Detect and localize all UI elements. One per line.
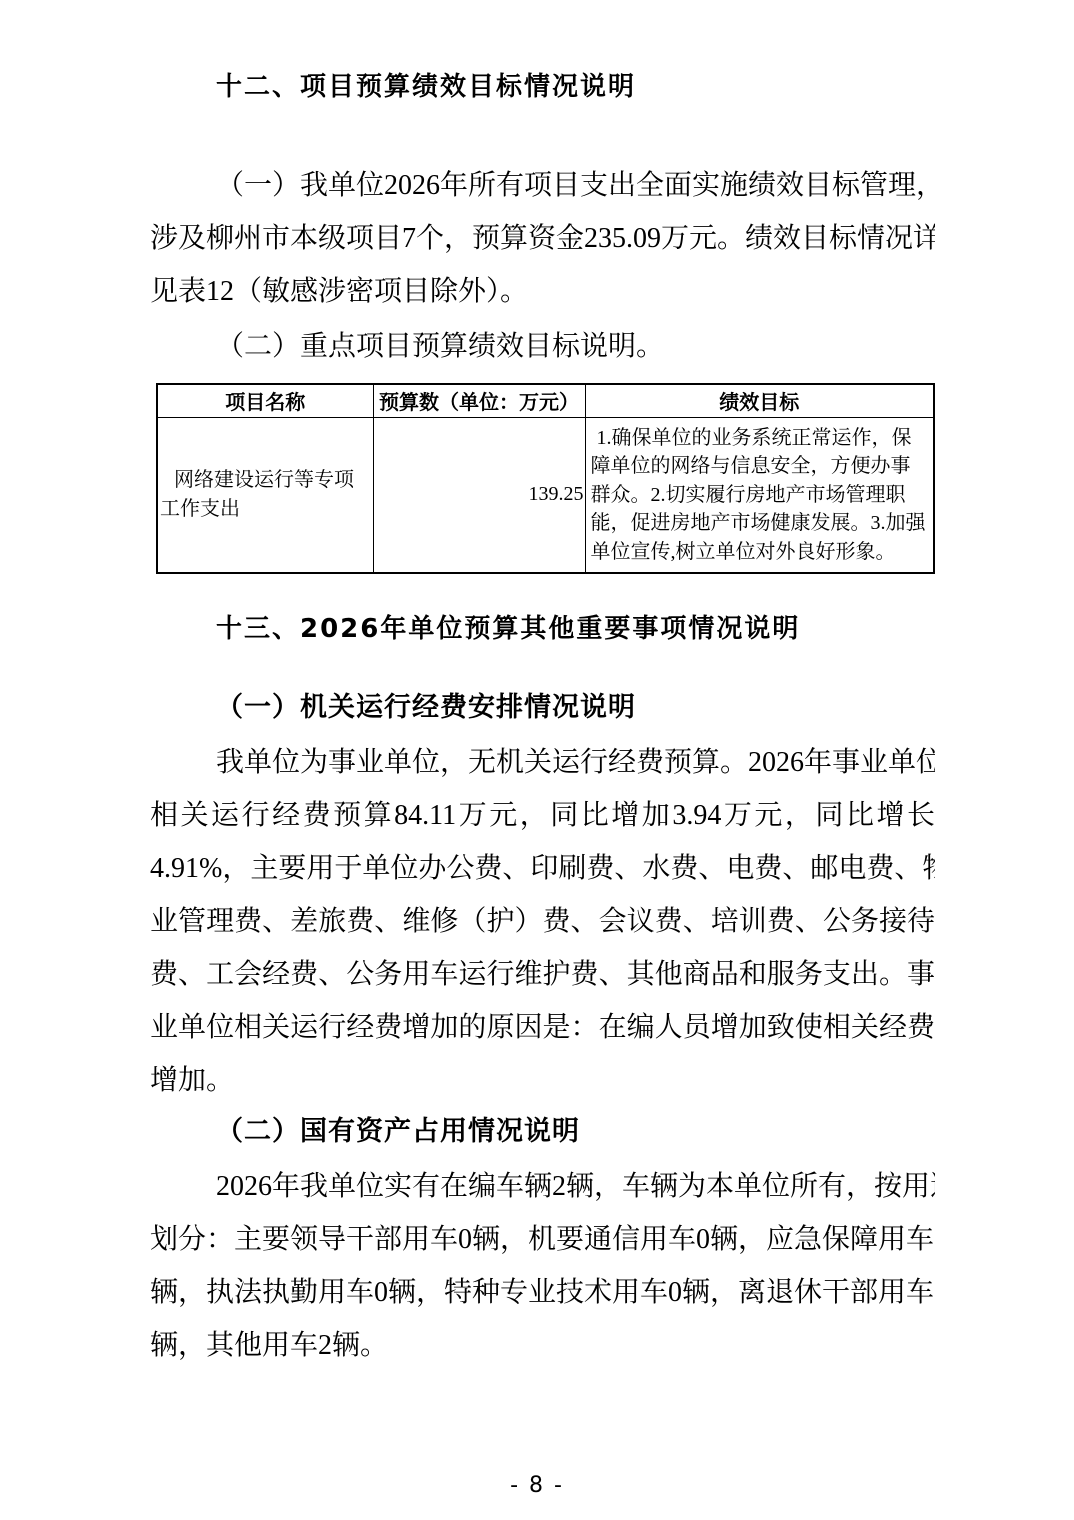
- section-12-paragraph-1: （一）我单位2026年所有项目支出全面实施绩效目标管理， 涉及柳州市本级项目7个…: [150, 159, 935, 318]
- page-number: - 8 -: [0, 1473, 1074, 1498]
- paragraph-line: 涉及柳州市本级项目7个，预算资金235.09万元。绩效目标情况详: [150, 212, 935, 265]
- paragraph-line: 划分：主要领导干部用车0辆，机要通信用车0辆，应急保障用车0: [150, 1213, 935, 1266]
- page-content: 十二、项目预算绩效目标情况说明 （一）我单位2026年所有项目支出全面实施绩效目…: [150, 66, 935, 1372]
- section-13-paragraph-1: 我单位为事业单位，无机关运行经费预算。2026年事业单位 相关运行经费预算84.…: [150, 736, 935, 1107]
- column-header-budget: 预算数（单位：万元）: [373, 384, 585, 417]
- column-header-project-name: 项目名称: [157, 384, 373, 417]
- paragraph-line: 我单位为事业单位，无机关运行经费预算。2026年事业单位: [150, 736, 935, 789]
- cell-budget: 139.25: [373, 417, 585, 573]
- section-12-paragraph-2: （二）重点项目预算绩效目标说明。: [150, 320, 935, 373]
- paragraph-line: 辆，其他用车2辆。: [150, 1319, 935, 1372]
- paragraph-line: 4.91%，主要用于单位办公费、印刷费、水费、电费、邮电费、物: [150, 842, 935, 895]
- section-13-paragraph-2: 2026年我单位实有在编车辆2辆，车辆为本单位所有，按用途 划分：主要领导干部用…: [150, 1160, 935, 1372]
- paragraph-line: 2026年我单位实有在编车辆2辆，车辆为本单位所有，按用途: [150, 1160, 935, 1213]
- paragraph-line: 业管理费、差旅费、维修（护）费、会议费、培训费、公务接待: [150, 895, 935, 948]
- cell-performance-target: 1.确保单位的业务系统正常运作，保障单位的网络与信息安全，方便办事群众。2.切实…: [585, 417, 934, 573]
- section-13-heading: 十三、2026年单位预算其他重要事项情况说明: [216, 608, 935, 645]
- column-header-performance-target: 绩效目标: [585, 384, 934, 417]
- section-12-heading: 十二、项目预算绩效目标情况说明: [216, 66, 935, 103]
- section-13-subheading-1: （一）机关运行经费安排情况说明: [216, 685, 935, 724]
- cell-project-name: 网络建设运行等专项工作支出: [157, 417, 373, 573]
- paragraph-line: 费、工会经费、公务用车运行维护费、其他商品和服务支出。事: [150, 948, 935, 1001]
- paragraph-line: 业单位相关运行经费增加的原因是：在编人员增加致使相关经费: [150, 1001, 935, 1054]
- document-page: 十二、项目预算绩效目标情况说明 （一）我单位2026年所有项目支出全面实施绩效目…: [0, 0, 1074, 1520]
- paragraph-line: （一）我单位2026年所有项目支出全面实施绩效目标管理，: [150, 159, 935, 212]
- table-header-row: 项目名称 预算数（单位：万元） 绩效目标: [157, 384, 934, 417]
- performance-target-table: 项目名称 预算数（单位：万元） 绩效目标 网络建设运行等专项工作支出 139.2…: [156, 383, 935, 574]
- paragraph-line: 见表12（敏感涉密项目除外）。: [150, 265, 935, 318]
- section-13-subheading-2: （二）国有资产占用情况说明: [216, 1109, 935, 1148]
- table-body: 网络建设运行等专项工作支出 139.25 1.确保单位的业务系统正常运作，保障单…: [157, 417, 934, 573]
- paragraph-line: 辆，执法执勤用车0辆，特种专业技术用车0辆，离退休干部用车0: [150, 1266, 935, 1319]
- paragraph-line: 增加。: [150, 1054, 935, 1107]
- paragraph-line: 相关运行经费预算84.11万元，同比增加3.94万元，同比增长: [150, 789, 935, 842]
- table-row: 网络建设运行等专项工作支出 139.25 1.确保单位的业务系统正常运作，保障单…: [157, 417, 934, 573]
